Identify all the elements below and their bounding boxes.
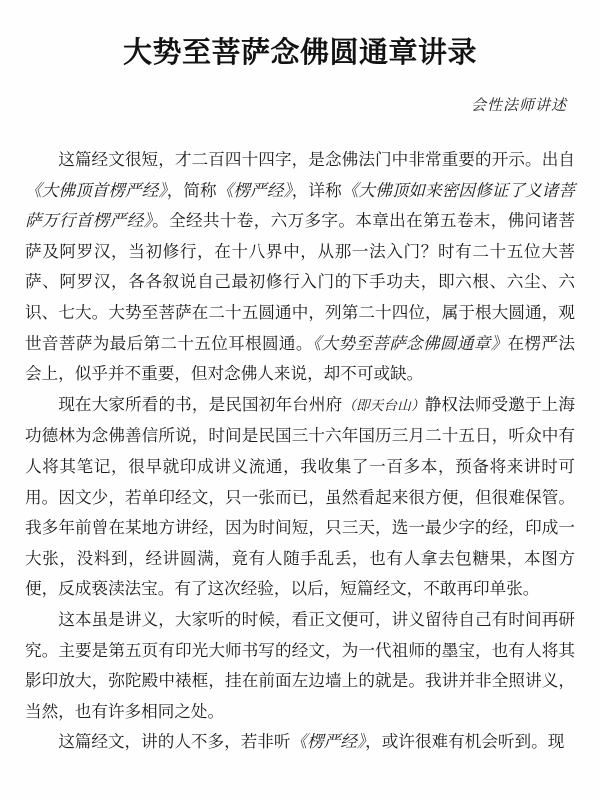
text-run: 这篇经文很短，才二百四十四字，是念佛法门中非常重要的开示。出自 [58, 150, 575, 169]
paragraph-1: 这篇经文很短，才二百四十四字，是念佛法门中非常重要的开示。出自《大佛顶首楞严经》… [25, 145, 575, 390]
paragraph-4: 这篇经文，讲的人不多，若非听《楞严经》，或许很难有机会听到。现 [25, 727, 575, 758]
text-run: ，或许很难有机会听到。现 [365, 732, 564, 751]
text-run: 。全经共十卷，六万多字。本章出在第五卷末，佛问诸菩萨及阿罗汉，当初修行，在十八界… [25, 211, 575, 352]
text-run: ，简称 [167, 181, 217, 200]
text-run: 这本虽是讲义，大家听的时候，看正文便可，讲义留待自己有时间再研究。主要是第五页有… [25, 610, 575, 721]
text-run: ，详称 [292, 181, 342, 200]
document-body: 这篇经文很短，才二百四十四字，是念佛法门中非常重要的开示。出自《大佛顶首楞严经》… [25, 145, 575, 758]
paragraph-3: 这本虽是讲义，大家听的时候，看正文便可，讲义留待自己有时间再研究。主要是第五页有… [25, 605, 575, 727]
book-title-run: 《大佛顶首楞严经》 [25, 181, 167, 200]
paragraph-2: 现在大家所看的书，是民国初年台州府（即天台山）静权法师受邀于上海功德林为念佛善信… [25, 390, 575, 605]
book-title-run: 《楞严经》 [217, 181, 292, 200]
inline-annotation-run: （即天台山） [342, 398, 424, 414]
text-run: 静权法师受邀于上海功德林为念佛善信所说，时间是民国三十六年国历三月二十五日，听众… [25, 395, 575, 599]
text-run: 这篇经文，讲的人不多，若非听 [58, 732, 290, 751]
page-title: 大势至菩萨念佛圆通章讲录 [0, 34, 600, 70]
book-title-run: 《楞严经》 [291, 732, 366, 751]
document-page: 大势至菩萨念佛圆通章讲录 会性法师讲述 这篇经文很短，才二百四十四字，是念佛法门… [0, 0, 600, 800]
book-title-run: 《大势至菩萨念佛圆通章》 [313, 334, 508, 353]
byline: 会性法师讲述 [0, 96, 600, 114]
text-run: 现在大家所看的书，是民国初年台州府 [58, 395, 342, 414]
